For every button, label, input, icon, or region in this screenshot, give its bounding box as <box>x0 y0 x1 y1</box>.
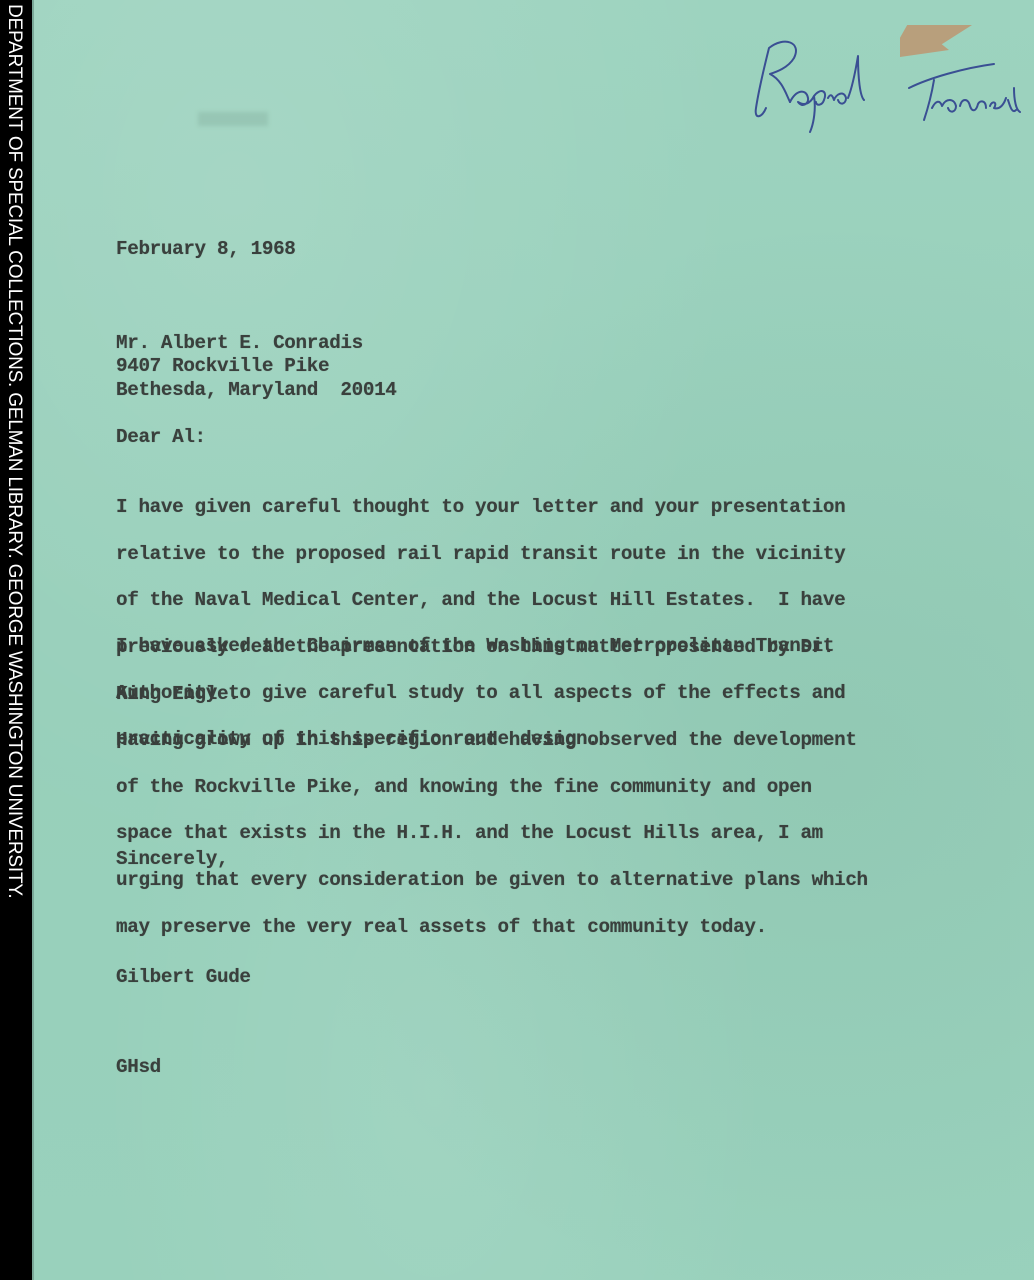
archive-credit-text: DEPARTMENT OF SPECIAL COLLECTIONS. GELMA… <box>3 4 25 898</box>
paragraph-line: I have given careful thought to your let… <box>116 496 845 519</box>
recipient-street: 9407 Rockville Pike <box>116 355 329 378</box>
paragraph-3: Having grown up in this region and havin… <box>116 706 868 962</box>
recipient-city-line: Bethesda, Maryland 20014 <box>116 379 397 402</box>
paragraph-line: relative to the proposed rail rapid tran… <box>116 543 845 566</box>
salutation: Dear Al: <box>116 426 206 449</box>
letter-page: Rapid Transit February 8, 1968 Mr. Alber… <box>32 0 1034 1280</box>
archive-credit-strip: DEPARTMENT OF SPECIAL COLLECTIONS. GELMA… <box>0 0 32 1280</box>
paragraph-line: of the Naval Medical Center, and the Loc… <box>116 589 845 612</box>
paragraph-line: space that exists in the H.I.H. and the … <box>116 822 868 845</box>
paragraph-line: of the Rockville Pike, and knowing the f… <box>116 776 868 799</box>
typist-initials: GHsd <box>116 1056 161 1079</box>
recipient-name: Mr. Albert E. Conradis <box>116 332 363 355</box>
paragraph-line: may preserve the very real assets of tha… <box>116 916 868 939</box>
closing: Sincerely, <box>116 848 228 871</box>
handwritten-annotation: Rapid Transit <box>724 28 1024 138</box>
paragraph-line: Having grown up in this region and havin… <box>116 729 868 752</box>
paragraph-line: Authority to give careful study to all a… <box>116 682 845 705</box>
letter-date: February 8, 1968 <box>116 238 296 261</box>
paragraph-line: I have asked the Chairman of the Washing… <box>116 635 845 658</box>
faint-stamp-mark <box>198 112 268 126</box>
signer-name: Gilbert Gude <box>116 966 251 989</box>
paragraph-line: urging that every consideration be given… <box>116 869 868 892</box>
